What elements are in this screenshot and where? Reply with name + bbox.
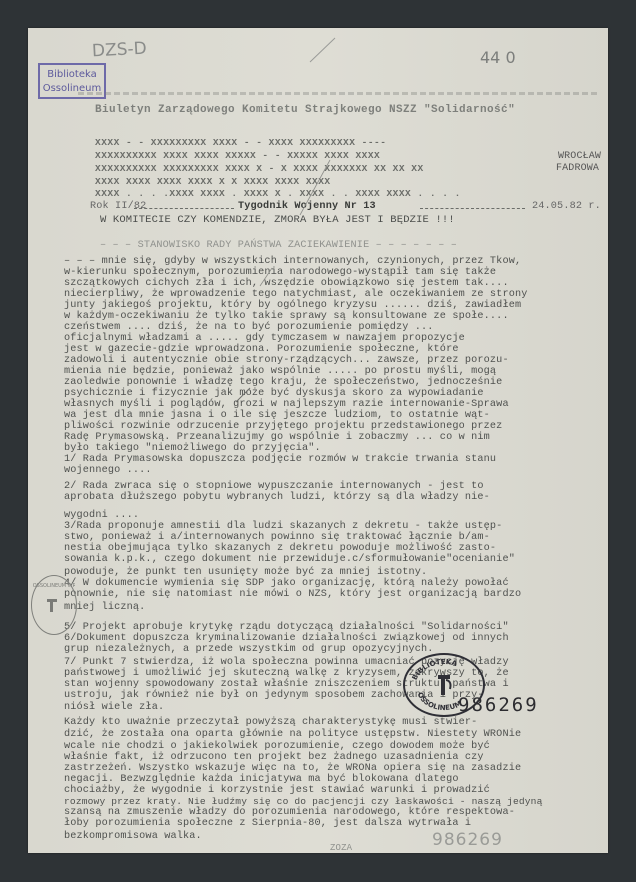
- body-line: było takiego "niemożliwego do przyjęcia"…: [64, 443, 321, 454]
- library-stamp-line1: Biblioteka: [40, 68, 104, 82]
- library-emblem-icon: BIBLIOTEKA OSSOLINEUM WROCŁAWSKA: [31, 575, 75, 633]
- body-line: mienia nie będzie, ponieważ jako wspólni…: [64, 366, 496, 377]
- header-x-row-3: XXXXXXXXXX XXXXXXXXX XXXX X - X XXXX XXX…: [95, 163, 424, 174]
- body-line: oficjalnymi władzami a ..... gdy tymczas…: [64, 333, 465, 344]
- body-line: stwo, ponieważ i a/internowanych powinno…: [64, 532, 490, 543]
- header-x-row-2: XXXXXXXXXX XXXX XXXX XXXXX - - XXXXX XXX…: [95, 150, 380, 161]
- signature-fragment: ZOZA: [330, 843, 352, 853]
- body-line: 4/ W dokumencie wymienia się SDP jako or…: [64, 578, 509, 589]
- divider-dash: [420, 208, 525, 210]
- body-line: wcale nie chodzi o jakiekolwiek porozumi…: [64, 741, 490, 752]
- body-line: 5/ Projekt aprobuje krytykę rządu dotycz…: [64, 622, 509, 633]
- body-line: łoby porozumienia społeczne z Sierpnia-8…: [64, 818, 471, 829]
- body-line: wojennego ....: [64, 465, 152, 476]
- issue-date: 24.05.82 r.: [532, 201, 601, 212]
- body-line: grup niezależnych, a przede wszystkim od…: [64, 644, 434, 655]
- body-line: w każdym-oczekiwaniu że tylko takie spra…: [64, 311, 509, 322]
- handwritten-inventory-number: 986269: [432, 830, 503, 850]
- masthead-smudge-1: [78, 92, 598, 95]
- divider-dash: [134, 208, 234, 210]
- header-city: WROCŁAW: [558, 151, 601, 162]
- body-line: powoduje, że punkt ten usunięty może być…: [64, 567, 427, 578]
- body-line: szansą na zmuszenie władzy do porozumien…: [64, 807, 515, 818]
- handwritten-code: DZS-D: [92, 39, 148, 62]
- body-line: nestia obejmująca tylko skazanych z dekr…: [64, 543, 496, 554]
- body-line: 6/Dokument dopuszcza kryminalizowanie dz…: [64, 633, 509, 644]
- svg-text:OSSOLINEUM: OSSOLINEUM: [416, 691, 463, 712]
- header-x-row-1: XXXX - - XXXXXXXXX XXXX - - XXXX XXXXXXX…: [95, 137, 386, 148]
- issue-ref: Rok II/82: [90, 201, 146, 212]
- body-line: Każdy kto uważnie przeczytał powyższą ch…: [64, 717, 477, 728]
- handwritten-page-number: 44 0: [480, 48, 516, 67]
- masthead-title: Biuletyn Zarządowego Komitetu Strajkoweg…: [95, 104, 515, 116]
- body-line: rozmowy przez kraty. Nie łudźmy się co d…: [64, 796, 542, 807]
- body-line: junty jakiegoś projektu, który by ogólne…: [64, 300, 521, 311]
- body-line: jest w gazecie-gdzie wprowadzona. Porozu…: [64, 344, 459, 355]
- body-line: zadowoli i autentycznie obie strony-rząd…: [64, 355, 509, 366]
- body-line: Radę Prymasowską. Przeanalizujmy go wspó…: [64, 432, 490, 443]
- body-line: pliwości rozwinie odrzucenie przyjętego …: [64, 421, 502, 432]
- header-x-row-5: XXXX . . . .XXXX XXXX . XXXX X . XXXX . …: [95, 188, 461, 199]
- body-line: wygodni ....: [64, 510, 139, 521]
- body-line: – – – STANOWISKO RADY PAŃSTWA ZACIEKAWIE…: [100, 240, 457, 251]
- slogan: W KOMITECIE CZY KOMENDZIE, ZMORA BYŁA JE…: [100, 214, 455, 226]
- body-line: chociażby, że wygodnie i korzystnie jest…: [64, 785, 490, 796]
- body-line: niósł wiele zła.: [64, 702, 164, 713]
- header-region: FADROWA: [556, 163, 599, 174]
- issue-title: Tygodnik Wojenny Nr 13: [238, 201, 376, 212]
- body-line: szczątkowych cichych zła i ich, wszędzie…: [64, 278, 509, 289]
- body-line: 3/Rada proponuje amnestii dla ludzi skaz…: [64, 521, 502, 532]
- body-line: właśnie fakt, iż odrzucono ten projekt b…: [64, 752, 484, 763]
- body-line: zastrzeżeń. Wszystko wskazuje więc na to…: [64, 763, 521, 774]
- body-line: sowania k.p.k., czego dokument nie przew…: [64, 554, 515, 565]
- body-line: wa jest dla mnie jasna i o ile się jeszc…: [64, 410, 490, 421]
- side-library-stamp: BIBLIOTEKA OSSOLINEUM WROCŁAWSKA: [31, 575, 77, 635]
- inventory-number: 986269: [458, 694, 539, 716]
- body-line: niecierpliwy, że wprowadzenie tego natyc…: [64, 289, 528, 300]
- body-line: dzić, że została ona oparta głównie na p…: [64, 729, 521, 740]
- body-line: psychicznie i fizycznie jak może być dys…: [64, 388, 484, 399]
- body-line: czeństwem .... dziś, że na to być porozu…: [64, 322, 434, 333]
- body-line: zaoledwie ponownie i władzę tego kraju, …: [64, 377, 502, 388]
- header-x-row-4: XXXX XXXX XXXX XXXX X X XXXX XXXX XXXX: [95, 176, 331, 187]
- body-line: w-kierunku społecznym, porozumienia naro…: [64, 267, 496, 278]
- body-line: – – – mnie się, gdyby w wszystkich inter…: [64, 256, 521, 267]
- svg-text:BIBLIOTEKA: BIBLIOTEKA: [411, 658, 459, 681]
- body-line: bezkompromisowa walka.: [64, 831, 202, 842]
- body-line: aprobata dłuższego pobytu wybranych ludz…: [64, 492, 490, 503]
- body-line: własnych myśli i poglądów, grozi w najle…: [64, 399, 509, 410]
- body-line: negacji. Bezwzględnie każda inicjatywa m…: [64, 774, 459, 785]
- body-line: 2/ Rada zwraca się o stopniowe wypuszcza…: [64, 481, 484, 492]
- svg-text:BIBLIOTEKA OSSOLINEUM WROCŁAWS: BIBLIOTEKA OSSOLINEUM WROCŁAWSKA: [31, 583, 75, 589]
- body-line: ponownie, nie się natomiast nie mówi o N…: [64, 589, 521, 600]
- body-line: 1/ Rada Prymasowska dopuszcza podjęcie r…: [64, 454, 496, 465]
